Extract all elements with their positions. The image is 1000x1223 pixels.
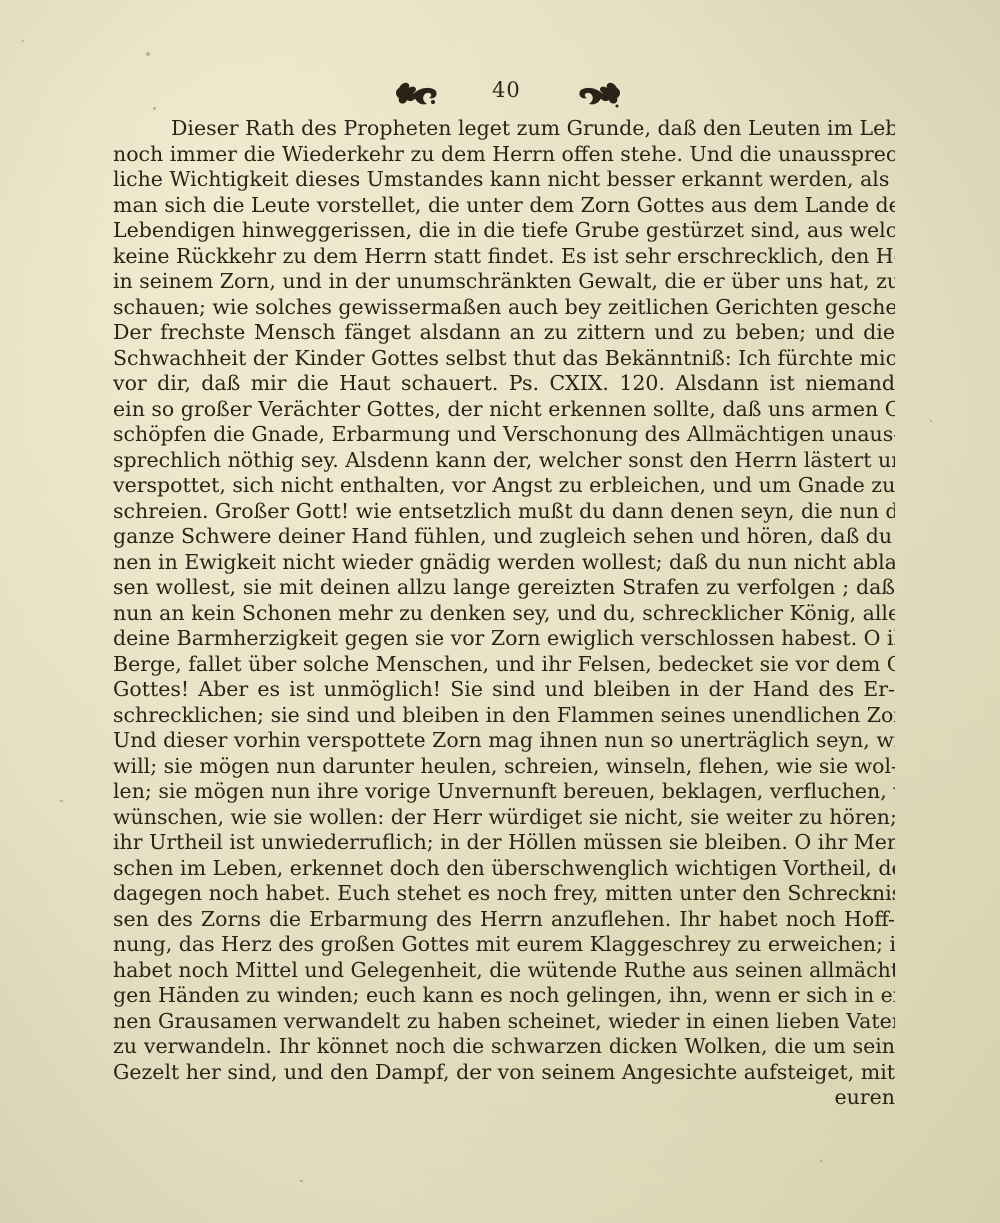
paper-speck (930, 420, 932, 422)
text-line: nun an kein Schonen mehr zu denken sey, … (113, 601, 895, 627)
text-line: Berge, fallet über solche Menschen, und … (113, 652, 895, 678)
text-line: zu verwandeln. Ihr könnet noch die schwa… (113, 1034, 895, 1060)
text-line: Der frechste Mensch fänget alsdann an zu… (113, 320, 895, 346)
text-line: nen in Ewigkeit nicht wieder gnädig werd… (113, 550, 895, 576)
text-line: vor dir, daß mir die Haut schauert. Ps. … (113, 371, 895, 397)
text-line: in seinem Zorn, und in der unumschränkte… (113, 269, 895, 295)
text-line: keine Rückkehr zu dem Herrn statt findet… (113, 244, 895, 270)
page-header: 40 (0, 72, 1000, 112)
text-line: schöpfen die Gnade, Erbarmung und Versch… (113, 422, 895, 448)
text-line: noch immer die Wiederkehr zu dem Herrn o… (113, 142, 895, 168)
floral-ornament-left-icon (395, 78, 441, 108)
text-line: liche Wichtigkeit dieses Umstandes kann … (113, 167, 895, 193)
text-line: man sich die Leute vorstellet, die unter… (113, 193, 895, 219)
text-line: sen des Zorns die Erbarmung des Herrn an… (113, 907, 895, 933)
text-line: Schwachheit der Kinder Gottes selbst thu… (113, 346, 895, 372)
text-line: schauen; wie solches gewissermaßen auch … (113, 295, 895, 321)
text-line: will; sie mögen nun darunter heulen, sch… (113, 754, 895, 780)
catchword: euren (113, 1085, 895, 1111)
text-line: ihr Urtheil ist unwiederruflich; in der … (113, 830, 895, 856)
text-line: Lebendigen hinweggerissen, die in die ti… (113, 218, 895, 244)
scanned-book-page: 40 Dieser Rath des Propheten leget zum G… (0, 0, 1000, 1223)
text-line: Gezelt her sind, und den Dampf, der von … (113, 1060, 895, 1086)
text-line: schreien. Großer Gott! wie entsetzlich m… (113, 499, 895, 525)
text-line: ganze Schwere deiner Hand fühlen, und zu… (113, 524, 895, 550)
paper-speck (60, 800, 63, 802)
paper-speck (300, 1180, 303, 1182)
paper-speck (820, 1160, 822, 1162)
text-line: verspottet, sich nicht enthalten, vor An… (113, 473, 895, 499)
floral-ornament-right-icon (575, 78, 621, 108)
text-line: ein so großer Verächter Gottes, der nich… (113, 397, 895, 423)
body-text-block: Dieser Rath des Propheten leget zum Grun… (113, 116, 895, 1111)
text-line: gen Händen zu winden; euch kann es noch … (113, 983, 895, 1009)
text-line: sprechlich nöthig sey. Alsdenn kann der,… (113, 448, 895, 474)
paper-speck (22, 40, 24, 42)
text-line: deine Barmherzigkeit gegen sie vor Zorn … (113, 626, 895, 652)
text-line: nen Grausamen verwandelt zu haben schein… (113, 1009, 895, 1035)
text-line: Gottes! Aber es ist unmöglich! Sie sind … (113, 677, 895, 703)
text-line: sen wollest, sie mit deinen allzu lange … (113, 575, 895, 601)
text-line: wünschen, wie sie wollen: der Herr würdi… (113, 805, 895, 831)
text-line: schen im Leben, erkennet doch den übersc… (113, 856, 895, 882)
paper-speck (146, 52, 150, 56)
text-line: Und dieser vorhin verspottete Zorn mag i… (113, 728, 895, 754)
page-number: 40 (492, 78, 521, 102)
text-line: nung, das Herz des großen Gottes mit eur… (113, 932, 895, 958)
text-line: dagegen noch habet. Euch stehet es noch … (113, 881, 895, 907)
text-line: Dieser Rath des Propheten leget zum Grun… (113, 116, 895, 142)
text-line: habet noch Mittel und Gelegenheit, die w… (113, 958, 895, 984)
text-line: schrecklichen; sie sind und bleiben in d… (113, 703, 895, 729)
text-line: len; sie mögen nun ihre vorige Unvernunf… (113, 779, 895, 805)
